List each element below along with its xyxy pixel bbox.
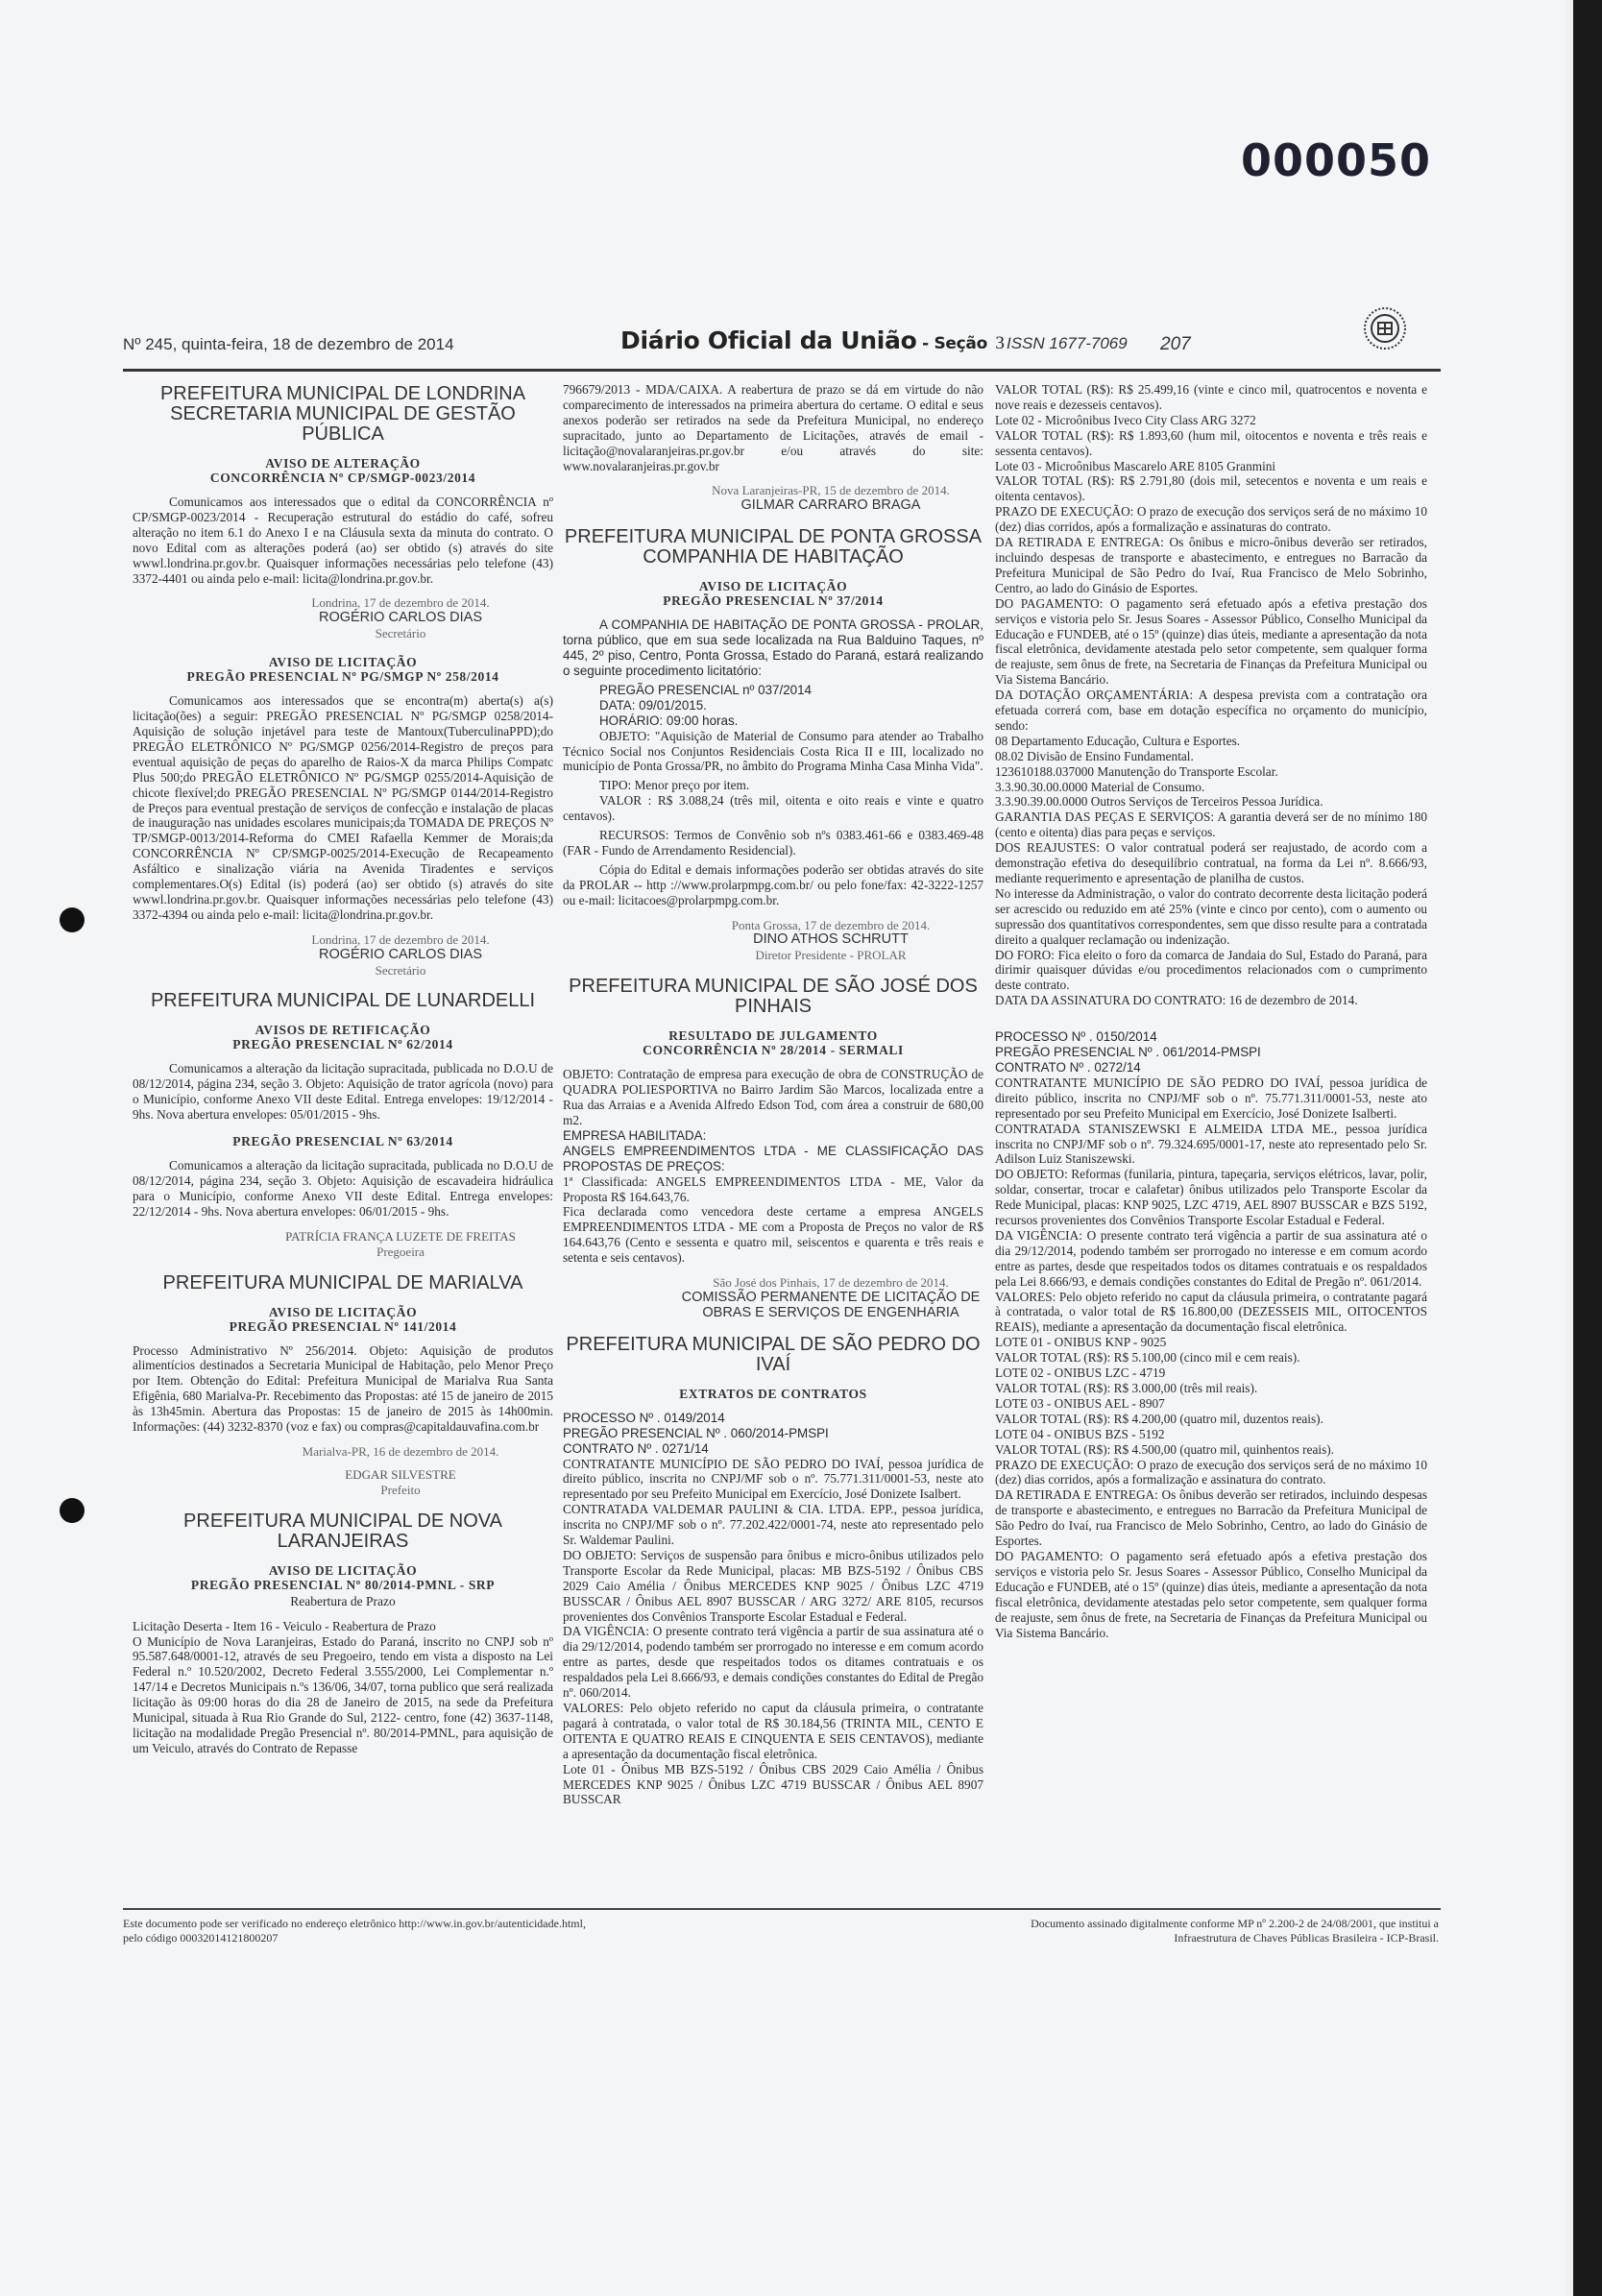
contract-clause: DA RETIRADA E ENTREGA: Os ônibus deverão… xyxy=(995,1487,1427,1549)
time-line: HORÁRIO: 09:00 horas. xyxy=(563,713,983,729)
signatory-role: Secretário xyxy=(248,963,553,979)
qualified-company: ANGELS EMPREENDIMENTOS LTDA - ME CLASSIF… xyxy=(563,1144,983,1174)
contract-clause: 08 Departamento Educação, Cultura e Espo… xyxy=(995,734,1427,749)
contract-clause: Lote 03 - Microônibus Mascarelo ARE 8105… xyxy=(995,459,1427,474)
notice-line: Licitação Deserta - Item 16 - Veiculo - … xyxy=(133,1619,553,1634)
footer-divider xyxy=(123,1908,1441,1910)
signature-place-date: Londrina, 17 de dezembro de 2014. xyxy=(248,595,553,611)
page-number: 207 xyxy=(1160,334,1191,355)
notice-title: EXTRATOS DE CONTRATOS xyxy=(563,1387,983,1401)
header-divider xyxy=(123,369,1441,372)
contract-2-details: CONTRATANTE MUNICÍPIO DE SÃO PEDRO DO IV… xyxy=(995,1075,1427,1641)
contract-clause: 3.3.90.39.00.0000 Outros Serviços de Ter… xyxy=(995,794,1427,810)
signatory-name: PATRÍCIA FRANÇA LUZETE DE FREITAS xyxy=(248,1229,553,1245)
contract-clause: 3.3.90.30.00.0000 Material de Consumo. xyxy=(995,780,1427,795)
verification-code-line: pelo código 00032014121800207 xyxy=(123,1931,738,1946)
contract-clause: GARANTIA DAS PEÇAS E SERVIÇOS: A garanti… xyxy=(995,810,1427,840)
contract-clause: DO OBJETO: Reformas (funilaria, pintura,… xyxy=(995,1167,1427,1228)
contracted-party: CONTRATADA VALDEMAR PAULINI & CIA. LTDA.… xyxy=(563,1502,983,1548)
contract-clause: DA VIGÊNCIA: O presente contrato terá vi… xyxy=(995,1228,1427,1290)
issn: ISSN 1677-7069 xyxy=(1007,334,1128,353)
signature-block: Marialva-PR, 16 de dezembro de 2014. EDG… xyxy=(133,1444,553,1498)
scanned-page: 000050 Nº 245, quinta-feira, 18 de dezem… xyxy=(0,0,1602,2296)
signature-place-date: Ponta Grossa, 17 de dezembro de 2014. xyxy=(678,918,983,933)
org-heading-nova-laranjeiras: PREFEITURA MUNICIPAL DE NOVA LARANJEIRAS xyxy=(133,1511,553,1552)
notice-body: Comunicamos a alteração da licitação sup… xyxy=(133,1158,553,1220)
signatory-name: EDGAR SILVESTRE xyxy=(248,1467,553,1483)
process-number: PROCESSO Nº . 0149/2014 xyxy=(563,1411,983,1426)
punch-hole xyxy=(60,907,85,932)
notice-title: AVISOS DE RETIFICAÇÃO xyxy=(133,1023,553,1037)
national-press-seal-icon xyxy=(1362,305,1408,351)
contract-clause: VALORES: Pelo objeto referido no caput d… xyxy=(995,1290,1427,1336)
signatory-name: ROGÉRIO CARLOS DIAS xyxy=(248,948,553,963)
org-heading-lunardelli: PREFEITURA MUNICIPAL DE LUNARDELLI xyxy=(133,991,553,1011)
org-heading-sao-pedro: PREFEITURA MUNICIPAL DE SÃO PEDRO DO IVA… xyxy=(563,1335,983,1375)
signature-block: São José dos Pinhais, 17 de dezembro de … xyxy=(563,1275,983,1321)
contract-clause: PRAZO DE EXECUÇÃO: O prazo de execução d… xyxy=(995,504,1427,535)
signature-place-date: Londrina, 17 de dezembro de 2014. xyxy=(248,932,553,948)
signatory-role: Secretário xyxy=(248,626,553,641)
notice-body: O Município de Nova Laranjeiras, Estado … xyxy=(133,1634,553,1756)
contract-values: VALORES: Pelo objeto referido no caput d… xyxy=(563,1701,983,1762)
column-1: PREFEITURA MUNICIPAL DE LONDRINA SECRETA… xyxy=(133,382,553,1760)
contract-1-continued: VALOR TOTAL (R$): R$ 25.499,16 (vinte e … xyxy=(995,382,1427,1008)
org-heading-ponta-grossa: PREFEITURA MUNICIPAL DE PONTA GROSSA COM… xyxy=(563,527,983,568)
contract-clause: VALOR TOTAL (R$): R$ 2.791,80 (dois mil,… xyxy=(995,473,1427,504)
contract-clause: LOTE 01 - ONIBUS KNP - 9025 xyxy=(995,1335,1427,1350)
value-line: VALOR : R$ 3.088,24 (três mil, oitenta e… xyxy=(563,793,983,824)
notice-subtitle: PREGÃO PRESENCIAL Nº 141/2014 xyxy=(133,1319,553,1334)
signature-note-line: Documento assinado digitalmente conforme… xyxy=(778,1917,1439,1931)
notice-body: Comunicamos aos interessados que se enco… xyxy=(133,693,553,923)
notice-title: AVISO DE LICITAÇÃO xyxy=(563,579,983,593)
notice-subtitle: PREGÃO PRESENCIAL Nº PG/SMGP Nº 258/2014 xyxy=(133,669,553,684)
signatory-role: Diretor Presidente - PROLAR xyxy=(678,948,983,963)
copy-info-line: Cópia do Edital e demais informações pod… xyxy=(563,862,983,908)
signatory-name: DINO ATHOS SCHRUTT xyxy=(678,932,983,948)
issue-info: Nº 245, quinta-feira, 18 de dezembro de … xyxy=(123,335,454,354)
contract-clause: VALOR TOTAL (R$): R$ 4.200,00 (quatro mi… xyxy=(995,1412,1427,1427)
notice-intro: A COMPANHIA DE HABITAÇÃO DE PONTA GROSSA… xyxy=(563,617,983,679)
contract-clause: DOS REAJUSTES: O valor contratual poderá… xyxy=(995,840,1427,886)
contract-clause: No interesse da Administração, o valor d… xyxy=(995,886,1427,948)
signature-block: PATRÍCIA FRANÇA LUZETE DE FREITAS Pregoe… xyxy=(133,1229,553,1260)
punch-hole xyxy=(60,1498,85,1523)
contract-object: DO OBJETO: Serviços de suspensão para ôn… xyxy=(563,1548,983,1625)
contract-clause: DATA DA ASSINATURA DO CONTRATO: 16 de de… xyxy=(995,993,1427,1008)
signature-place-date: Nova Laranjeiras-PR, 15 de dezembro de 2… xyxy=(678,483,983,498)
signature-block: Nova Laranjeiras-PR, 15 de dezembro de 2… xyxy=(563,483,983,514)
org-heading-sao-jose: PREFEITURA MUNICIPAL DE SÃO JOSÉ DOS PIN… xyxy=(563,977,983,1017)
section-number: 3 xyxy=(995,333,1004,353)
object-line: OBJETO: Contratação de empresa para exec… xyxy=(563,1067,983,1128)
contract-clause: VALOR TOTAL (R$): R$ 3.000,00 (três mil … xyxy=(995,1381,1427,1396)
notice-title: PREGÃO PRESENCIAL Nº 63/2014 xyxy=(133,1134,553,1148)
notice-body: Comunicamos a alteração da licitação sup… xyxy=(133,1061,553,1123)
notice-subtitle: PREGÃO PRESENCIAL Nº 37/2014 xyxy=(563,593,983,608)
resources-line: RECURSOS: Termos de Convênio sob nºs 038… xyxy=(563,828,983,858)
notice-title: AVISO DE LICITAÇÃO xyxy=(133,1305,553,1319)
contract-number: CONTRATO Nº . 0272/14 xyxy=(995,1060,1427,1075)
contract-clause: DA DOTAÇÃO ORÇAMENTÁRIA: A despesa previ… xyxy=(995,688,1427,734)
classification-line: 1ª Classificada: ANGELS EMPREENDIMENTOS … xyxy=(563,1174,983,1205)
signature-place-date: Marialva-PR, 16 de dezembro de 2014. xyxy=(248,1444,553,1460)
notice-title: AVISO DE LICITAÇÃO xyxy=(133,655,553,669)
notice-subtitle-2: Reabertura de Prazo xyxy=(133,1594,553,1609)
page-header: Nº 245, quinta-feira, 18 de dezembro de … xyxy=(123,326,1439,359)
signature-block: Londrina, 17 de dezembro de 2014. ROGÉRI… xyxy=(133,932,553,979)
column-3: VALOR TOTAL (R$): R$ 25.499,16 (vinte e … xyxy=(995,382,1427,1640)
signatory-name: ROGÉRIO CARLOS DIAS xyxy=(248,611,553,626)
contract-term: DA VIGÊNCIA: O presente contrato terá vi… xyxy=(563,1624,983,1701)
contract-clause: VALOR TOTAL (R$): R$ 1.893,60 (hum mil, … xyxy=(995,428,1427,459)
notice-title: AVISO DE LICITAÇÃO xyxy=(133,1563,553,1578)
object-line: OBJETO: "Aquisição de Material de Consum… xyxy=(563,729,983,775)
qualified-label: EMPRESA HABILITADA: xyxy=(563,1128,983,1144)
contract-clause: VALOR TOTAL (R$): R$ 4.500,00 (quatro mi… xyxy=(995,1442,1427,1458)
signature-block: Ponta Grossa, 17 de dezembro de 2014. DI… xyxy=(563,918,983,964)
scan-edge xyxy=(1566,0,1573,2296)
contract-clause: CONTRATADA STANISZEWSKI E ALMEIDA LTDA M… xyxy=(995,1122,1427,1168)
signatory-role: Prefeito xyxy=(248,1483,553,1498)
org-heading-londrina: PREFEITURA MUNICIPAL DE LONDRINA SECRETA… xyxy=(133,384,553,445)
section-label: - Seção xyxy=(916,334,987,353)
winner-line: Fica declarada como vencedora deste cert… xyxy=(563,1204,983,1266)
pregao-number: PREGÃO PRESENCIAL Nº . 060/2014-PMSPI xyxy=(563,1426,983,1441)
contract-clause: VALOR TOTAL (R$): R$ 25.499,16 (vinte e … xyxy=(995,382,1427,413)
contract-clause: LOTE 03 - ONIBUS AEL - 8907 xyxy=(995,1396,1427,1412)
signatory-role: Pregoeira xyxy=(248,1245,553,1260)
notice-subtitle: PREGÃO PRESENCIAL Nº 62/2014 xyxy=(133,1037,553,1051)
notice-body: Comunicamos aos interessados que o edita… xyxy=(133,495,553,586)
pregao-number: PREGÃO PRESENCIAL Nº . 061/2014-PMSPI xyxy=(995,1045,1427,1060)
contract-clause: LOTE 04 - ONIBUS BZS - 5192 xyxy=(995,1427,1427,1442)
process-number: PROCESSO Nº . 0150/2014 xyxy=(995,1029,1427,1045)
notice-subtitle: CONCORRÊNCIA Nº 28/2014 - SERMALI xyxy=(563,1043,983,1057)
contract-number: CONTRATO Nº . 0271/14 xyxy=(563,1441,983,1457)
signature-place-date: São José dos Pinhais, 17 de dezembro de … xyxy=(678,1275,983,1291)
contract-clause: CONTRATANTE MUNICÍPIO DE SÃO PEDRO DO IV… xyxy=(995,1075,1427,1122)
contract-clause: DO PAGAMENTO: O pagamento será efetuado … xyxy=(995,1549,1427,1640)
contracting-party: CONTRATANTE MUNICÍPIO DE SÃO PEDRO DO IV… xyxy=(563,1457,983,1503)
contract-clause: LOTE 02 - ONIBUS LZC - 4719 xyxy=(995,1366,1427,1381)
contract-clause: 08.02 Divisão de Ensino Fundamental. xyxy=(995,749,1427,764)
notice-title: AVISO DE ALTERAÇÃO xyxy=(133,456,553,471)
scan-border xyxy=(1573,0,1602,2296)
contract-clause: VALOR TOTAL (R$): R$ 5.100,00 (cinco mil… xyxy=(995,1350,1427,1366)
notice-subtitle: CONCORRÊNCIA Nº CP/SMGP-0023/2014 xyxy=(133,471,553,485)
notice-body: Processo Administrativo Nº 256/2014. Obj… xyxy=(133,1343,553,1435)
contract-clause: DO PAGAMENTO: O pagamento será efetuado … xyxy=(995,596,1427,688)
date-line: DATA: 09/01/2015. xyxy=(563,698,983,713)
notice-subtitle: PREGÃO PRESENCIAL Nº 80/2014-PMNL - SRP xyxy=(133,1578,553,1592)
contract-clause: Lote 02 - Microônibus Iveco City Class A… xyxy=(995,413,1427,428)
pregao-line: PREGÃO PRESENCIAL nº 037/2014 xyxy=(563,683,983,698)
type-line: TIPO: Menor preço por item. xyxy=(563,778,983,793)
signature-note-line: Infraestrutura de Chaves Públicas Brasil… xyxy=(778,1931,1439,1946)
contract-clause: PRAZO DE EXECUÇÃO: O prazo de execução d… xyxy=(995,1458,1427,1488)
column-2: 796679/2013 - MDA/CAIXA. A reabertura de… xyxy=(563,382,983,1807)
notice-title: RESULTADO DE JULGAMENTO xyxy=(563,1028,983,1043)
contract-clause: DO FORO: Fica eleito o foro da comarca d… xyxy=(995,948,1427,994)
signatory-name: GILMAR CARRARO BRAGA xyxy=(678,498,983,514)
notice-body-continued: 796679/2013 - MDA/CAIXA. A reabertura de… xyxy=(563,382,983,473)
verification-url-line: Este documento pode ser verificado no en… xyxy=(123,1917,738,1931)
org-heading-marialva: PREFEITURA MUNICIPAL DE MARIALVA xyxy=(133,1273,553,1293)
page-stamp-number: 000050 xyxy=(1241,134,1431,186)
footer-verification: Este documento pode ser verificado no en… xyxy=(123,1917,738,1946)
publication-title: Diário Oficial da União - Seção 3 xyxy=(620,326,1005,354)
contract-clause: DA RETIRADA E ENTREGA: Os ônibus e micro… xyxy=(995,535,1427,596)
signature-block: Londrina, 17 de dezembro de 2014. ROGÉRI… xyxy=(133,595,553,641)
signatory-name: COMISSÃO PERMANENTE DE LICITAÇÃO DE OBRA… xyxy=(678,1291,983,1321)
footer-signature-note: Documento assinado digitalmente conforme… xyxy=(778,1917,1439,1946)
contract-clause: 123610188.037000 Manutenção do Transport… xyxy=(995,764,1427,780)
lot-line: Lote 01 - Ônibus MB BZS-5192 / Ônibus CB… xyxy=(563,1762,983,1808)
title-text: Diário Oficial da União xyxy=(620,326,916,354)
